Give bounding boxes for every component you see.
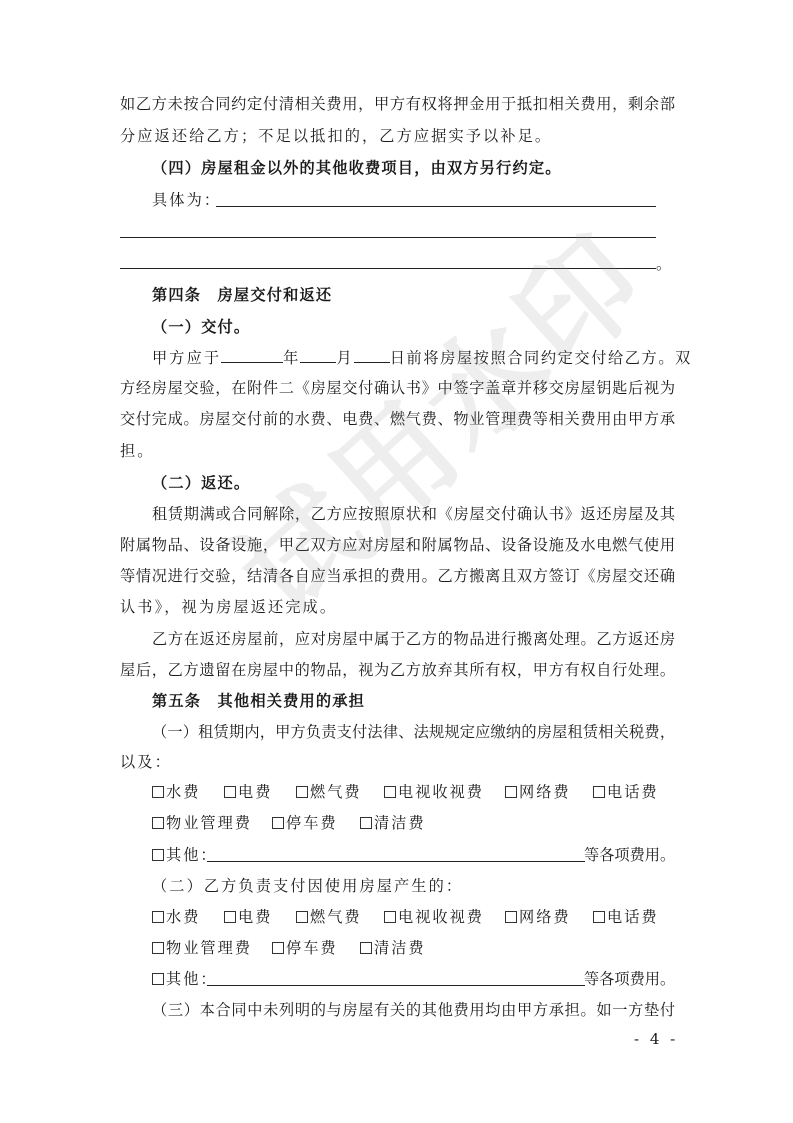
- checkbox-tv[interactable]: 电视收视费: [384, 907, 484, 927]
- month-blank[interactable]: [300, 346, 336, 363]
- page-number: - 4 -: [634, 1030, 678, 1048]
- paragraph-line: 乙方在返还房屋前，应对房屋中属于乙方的物品进行搬离处理。乙方返还房: [152, 629, 675, 649]
- article-title: 第五条 其他相关费用的承担: [152, 691, 707, 711]
- paragraph-line: 担。: [120, 441, 675, 461]
- fill-in-line[interactable]: [120, 237, 656, 238]
- paragraph-line: 等情况进行交验，结清各自应当承担的费用。乙方搬离且双方签订《房屋交还确: [120, 566, 675, 586]
- paragraph-line: 附属物品、设备设施，甲乙双方应对房屋和附属物品、设备设施及水电燃气使用: [120, 535, 675, 555]
- checkbox-cleaning[interactable]: 清洁费: [360, 813, 426, 833]
- paragraph-line: 方经房屋交验，在附件二《房屋交付确认书》中签字盖章并移交房屋钥匙后视为: [120, 378, 675, 398]
- paragraph-line: （三）本合同中未列明的与房屋有关的其他费用均由甲方承担。如一方垫付: [152, 1000, 675, 1020]
- checkbox-icon[interactable]: [296, 911, 308, 923]
- checkbox-gas[interactable]: 燃气费: [296, 907, 362, 927]
- paragraph-line: 屋后，乙方遗留在房屋中的物品，视为乙方放弃其所有权，甲方有权自行处理。: [120, 660, 675, 680]
- date-line: 甲方应于年月日前将房屋按照合同约定交付给乙方。双: [152, 346, 677, 368]
- other-suffix: 等各项费用。: [584, 845, 675, 865]
- checkbox-other[interactable]: 其他：: [152, 845, 218, 865]
- checkbox-electricity[interactable]: 电费: [224, 907, 272, 927]
- checkbox-icon[interactable]: [224, 911, 236, 923]
- paragraph-line: 交付完成。房屋交付前的水费、电费、燃气费、物业管理费等相关费用由甲方承: [120, 409, 675, 429]
- specify-label: 具体为：: [152, 190, 707, 210]
- month-label: 月: [336, 349, 353, 367]
- checkbox-water[interactable]: 水费: [152, 907, 200, 927]
- paragraph-line: 认书》，视为房屋返还完成。: [120, 597, 675, 617]
- year-label: 年: [283, 349, 300, 367]
- checkbox-icon[interactable]: [593, 786, 605, 798]
- checkbox-gas[interactable]: 燃气费: [296, 782, 362, 802]
- checkbox-property-mgmt[interactable]: 物业管理费: [152, 813, 252, 833]
- checkbox-icon[interactable]: [384, 786, 396, 798]
- other-fill-in-line[interactable]: [207, 861, 585, 862]
- fill-in-line[interactable]: [216, 206, 656, 207]
- checkbox-parking[interactable]: 停车费: [272, 938, 338, 958]
- document-page: 如乙方未按合同约定付清相关费用，甲方有权将押金用于抵扣相关费用，剩余部 分应返还…: [0, 0, 793, 1123]
- checkbox-icon[interactable]: [272, 817, 284, 829]
- checkbox-parking[interactable]: 停车费: [272, 813, 338, 833]
- checkbox-icon[interactable]: [152, 849, 164, 861]
- checkbox-icon[interactable]: [224, 786, 236, 798]
- checkbox-icon[interactable]: [505, 786, 517, 798]
- checkbox-icon[interactable]: [152, 817, 164, 829]
- paragraph-line: （二）乙方负责支付因使用房屋产生的：: [152, 876, 707, 896]
- fill-in-line[interactable]: [120, 268, 656, 269]
- other-fill-in-line[interactable]: [207, 985, 585, 986]
- checkbox-water[interactable]: 水费: [152, 782, 200, 802]
- checkbox-electricity[interactable]: 电费: [224, 782, 272, 802]
- paragraph-line: （一）租赁期内，甲方负责支付法律、法规规定应缴纳的房屋租赁相关税费，: [152, 722, 675, 742]
- checkbox-icon[interactable]: [152, 973, 164, 985]
- other-suffix: 等各项费用。: [584, 969, 675, 989]
- section-heading: （一）交付。: [152, 317, 707, 337]
- paragraph-line: 以及：: [120, 752, 675, 772]
- checkbox-phone[interactable]: 电话费: [593, 907, 659, 927]
- checkbox-icon[interactable]: [272, 942, 284, 954]
- checkbox-icon[interactable]: [152, 942, 164, 954]
- checkbox-icon[interactable]: [593, 911, 605, 923]
- checkbox-phone[interactable]: 电话费: [593, 782, 659, 802]
- checkbox-icon[interactable]: [296, 786, 308, 798]
- checkbox-internet[interactable]: 网络费: [505, 907, 571, 927]
- checkbox-other[interactable]: 其他：: [152, 969, 218, 989]
- paragraph-line: 如乙方未按合同约定付清相关费用，甲方有权将押金用于抵扣相关费用，剩余部: [120, 94, 675, 114]
- paragraph-line: 租赁期满或合同解除，乙方应按照原状和《房屋交付确认书》返还房屋及其: [152, 504, 675, 524]
- checkbox-cleaning[interactable]: 清洁费: [360, 938, 426, 958]
- checkbox-internet[interactable]: 网络费: [505, 782, 571, 802]
- checkbox-tv[interactable]: 电视收视费: [384, 782, 484, 802]
- checkbox-icon[interactable]: [360, 942, 372, 954]
- checkbox-icon[interactable]: [360, 817, 372, 829]
- day-suffix: 日前将房屋按照合同约定交付给乙方。双: [390, 349, 692, 367]
- section-heading: （二）返还。: [152, 473, 707, 493]
- year-blank[interactable]: [221, 346, 283, 363]
- checkbox-icon[interactable]: [384, 911, 396, 923]
- checkbox-property-mgmt[interactable]: 物业管理费: [152, 938, 252, 958]
- section-heading: （四）房屋租金以外的其他收费项目，由双方另行约定。: [152, 158, 707, 178]
- end-mark: 。: [656, 254, 676, 274]
- date-prefix: 甲方应于: [152, 349, 221, 367]
- article-title: 第四条 房屋交付和返还: [152, 285, 707, 305]
- paragraph-line: 分应返还给乙方；不足以抵扣的，乙方应据实予以补足。: [120, 126, 675, 146]
- checkbox-icon[interactable]: [152, 786, 164, 798]
- checkbox-icon[interactable]: [152, 911, 164, 923]
- checkbox-icon[interactable]: [505, 911, 517, 923]
- day-blank[interactable]: [354, 346, 390, 363]
